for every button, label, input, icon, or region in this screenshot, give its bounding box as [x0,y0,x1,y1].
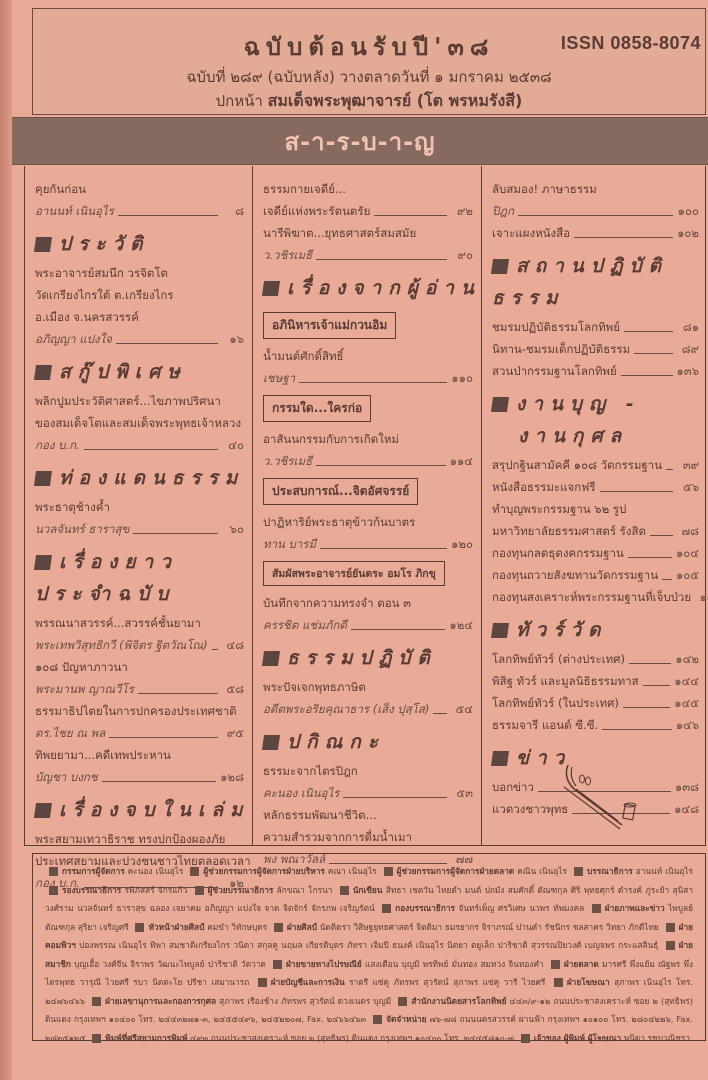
cover-label: ปกหน้า [216,92,263,110]
toc-entry-title: อ.เมือง จ.นครสวรรค์ [35,306,244,328]
toc-entry-title[interactable]: พลิกปูมประวัติศาสตร์...ไขภาพปริศนา [35,390,244,412]
toc-entry[interactable]: พิสิฐ ทัวร์ และมูลนิธิธรรมทาส ๑๔๔ [492,670,699,692]
toc-entry-title: วัดเกรียงไกรใต้ ต.เกรียงไกร [35,284,244,306]
toc-entry-title[interactable]: น้ำมนต์ศักดิ์สิทธิ์ [263,345,473,367]
toc-entry[interactable]: หนังสือธรรมะแจกฟรี ๕๖ [492,476,699,498]
cover-subject: สมเด็จพระพุฒาจารย์ (โต พรหมรังสี) [268,91,523,110]
page-number: ๘ [222,200,244,222]
toc-entry-title[interactable]: ธรรมะจากไตรปิฎก [263,760,473,782]
square-bullet-icon [195,886,204,895]
square-bullet-icon [491,259,509,274]
toc-entry-title[interactable]: ธรรมาธิปไตยในการปกครองประเทศชาติ [35,700,244,722]
section-heading-feature-line2: ประจำฉบับ [35,580,244,608]
square-bullet-icon [384,867,393,876]
toc-entry-title: ของสมเด็จโตและสมเด็จพระพุทธเจ้าหลวง [35,412,244,434]
section-heading-dhamma-travel: ท่องแดนธรรม [35,464,244,492]
square-bullet-icon [382,904,391,913]
credit-names: พนิดา รชบวณิชรา [621,1033,690,1043]
square-bullet-icon [262,281,280,296]
square-bullet-icon [491,397,509,412]
square-bullet-icon [49,867,58,876]
square-bullet-icon [49,886,58,895]
credit-names: ลักขณา โกรนา [273,885,335,895]
leader-line [118,215,218,216]
square-bullet-icon [92,997,101,1006]
toc-entry-author-line: กอง บ.ก. ๔๐ [35,434,244,456]
toc-column-1: คุยกันก่อน อานนท์ เนินอุไร ๘ ประวัติ พระ… [25,166,253,845]
toc-heading: ส-า-ร-บ-า-ญ [285,122,436,161]
credit-names: ราตรี แซ่คู ภัทรพร สุวรัตน์ สุภาพร แซ่คู… [345,977,550,987]
section-heading-special-scoop: สกู๊ปพิเศษ [35,358,244,386]
toc-entry-title[interactable]: คุยกันก่อน [35,178,244,200]
section-heading-complete-story: เรื่องจบในเล่ม [35,796,244,824]
square-bullet-icon [340,886,349,895]
section-heading-biography: ประวัติ [35,230,244,258]
square-bullet-icon [34,803,52,818]
toc-entry-title[interactable]: ทำบุญพระกรรมฐาน ๖๒ รูป [492,498,699,520]
square-bullet-icon [574,867,583,876]
credit-role: ฝ่ายเลขานุการและกองการกุศล [105,996,216,1006]
square-bullet-icon [273,960,282,969]
toc-entry[interactable]: ธรรมจารี แอนด์ ซี.ซี. ๑๔๖ [492,714,699,736]
credit-names: คะนอง เนินอุไร [125,866,187,876]
table-of-contents-banner: ส-า-ร-บ-า-ญ [12,117,708,165]
credit-role: กรรมการผู้จัดการ [62,866,125,876]
toc-entry[interactable]: กองทุนถวายสังฆทานวัดกรรมฐาน ๑๐๕ [492,564,699,586]
toc-entry[interactable]: กองทุนสงเคราะห์พระกรรมฐานที่เจ็บป่วย ๑๐๖ [492,586,699,608]
table-of-contents: คุยกันก่อน อานนท์ เนินอุไร ๘ ประวัติ พระ… [24,166,706,846]
section-heading-feature: เรื่องยาว [35,548,244,576]
toc-entry[interactable]: เจาะแผงหนังสือ ๑๐๒ [492,222,699,244]
credit-names: คณิน เนินอุไร [514,866,570,876]
square-bullet-icon [262,735,280,750]
issue-header: ฉบับต้อนรับปี'๓๘ ISSN 0858-8074 ฉบับที่ … [32,8,706,115]
credit-role: กองบรรณาธิการ [395,903,455,913]
issn-number: ISSN 0858-8074 [561,33,701,54]
square-bullet-icon [491,751,509,766]
square-bullet-icon [190,867,199,876]
toc-entry[interactable]: โลกทิพย์ทัวร์ (ต่างประเทศ) ๑๔๒ [492,648,699,670]
credit-role: รองบรรณาธิการ [62,885,121,895]
toc-entry[interactable]: กองทุนกลดธุดงคกรรมฐาน ๑๐๔ [492,542,699,564]
square-bullet-icon [666,941,675,950]
square-bullet-icon [34,365,52,380]
square-bullet-icon [262,651,280,666]
section-heading-merit-events: งานบุญ - [492,390,699,418]
square-bullet-icon [491,623,509,638]
credit-names: นัตติดรา วิสิษฐยุทธศาสตร์ จิตติมา ธมรยาก… [317,922,662,932]
credit-names: อานนท์ เนินอุไร [633,866,693,876]
credit-role: ฝ่ายภาพและข่าว [605,903,665,913]
toc-entry-title[interactable]: พระธาตุช้างค้ำ [35,496,244,518]
credit-names: แสงเดือน บุญมี พรทิพย์ มั่นทอง สมหวง จิน… [362,959,547,969]
toc-entry[interactable]: สวนป่ากรรมฐานโลกทิพย์ ๑๓๖ [492,360,699,382]
square-bullet-icon [92,1034,101,1043]
credit-role: นักเขียน [353,885,383,895]
square-bullet-icon [554,978,563,987]
credit-role: ผู้ช่วยกรรมการผู้จัดการฝ่ายตลาด [397,866,515,876]
credit-names: คณา เนินอุไร [325,866,380,876]
credit-role: ฝ่ายตลาด [564,959,599,969]
toc-entry-title[interactable]: ปาฏิหาริย์พระธาตุข้าวก้นบาตร [263,511,473,533]
credit-role: ฝ่ายบัญชีและการเงิน [271,977,345,987]
subsection-box: อภินิหารเจ้าแม่กวนอิม [263,312,396,339]
credit-role: หัวหน้าฝ่ายศิลป์ [148,922,204,932]
credit-names: สุภาพร เรืองช้าง ภัทรพร สุวรัตน์ ดวงเนตร… [216,996,394,1006]
square-bullet-icon [34,555,52,570]
toc-entry-author-line: นวลจันทร์ ธาราสุข ๖๐ [35,518,244,540]
toc-entry-title: ความสำรวมจากการดื่มน้ำเมา [263,826,473,848]
toc-entry-title[interactable]: ลับสมอง! ภาษาธรรม [492,178,699,200]
square-bullet-icon [551,960,560,969]
toc-column-2: ธรรมกายเจดีย์... เจดีย์แห่งพระรัตนตรัย ๙… [253,166,482,845]
square-bullet-icon [373,1015,382,1024]
subsection-box: กรรมใด...ใครก่อ [263,395,371,422]
toc-entry[interactable]: สรุปกฐินสามัคคี ๑๐๘ วัดกรรมฐาน ๓๙ [492,454,699,476]
credit-role: เจ้าของ ผู้พิมพ์ ผู้โฆษณา [534,1033,621,1043]
section-heading-practice-places: สถานปฏิบัติ [492,252,699,280]
cover-credit: ปกหน้า สมเด็จพระพุฒาจารย์ (โต พรหมรังสี) [33,89,705,114]
issue-date-line: ฉบับที่ ๒๘๙ (ฉบับหลัง) วางตลาดวันที่ ๑ ม… [33,65,705,89]
toc-entry[interactable]: นิทาน-ชมรมเด็กปฏิบัติธรรม ๘๙ [492,338,699,360]
square-bullet-icon [398,997,407,1006]
credit-names: คมขำ วิทักษบุตร [204,922,270,932]
toc-entry-title[interactable]: บันทึกจากความทรงจำ ตอน ๓ [263,592,473,614]
toc-entry-title[interactable]: นารีพิฆาต...ยุทธศาสตร์สมสมัย [263,222,473,244]
square-bullet-icon [592,904,601,913]
credit-names: จันทร์เพ็ญ ศรวิเศษ นวพร ทัพมงคล [455,903,588,913]
toc-entry-title[interactable]: ธรรมกายเจดีย์... [263,178,473,200]
credit-role: พิมพ์ที่ศรีสยามการพิมพ์ [105,1033,187,1043]
credit-role: ฝ่ายโฆษณา [567,977,610,987]
square-bullet-icon [274,923,283,932]
toc-column-3: ลับสมอง! ภาษาธรรม ปิฎก ๑๐๐ เจาะแผงหนังสื… [482,166,707,845]
toc-entry-title[interactable]: หลักธรรมพัฒนาชีวิต... [263,804,473,826]
square-bullet-icon [521,1034,530,1043]
toc-entry-title[interactable]: พรรณนาสวรรค์...สวรรค์ชั้นยามา [35,612,244,634]
credit-role: สำนักงานนิตยสารโลกทิพย์ [411,996,506,1006]
credit-names: รพีภัสสร์ จักรแก้ว [121,885,190,895]
subsection-box: สัมผัสพระอาจารย์ยันตระ อมโร ภิกขุ [263,561,445,586]
toc-entry-title[interactable]: พระสยามเทวาธิราช ทรงปกป้องผองภัย [35,828,244,850]
toc-entry-author-line: อานนท์ เนินอุไร ๘ [35,200,244,222]
subsection-box: ประสบการณ์...จิตอัศจรรย์ [263,478,418,505]
credit-role: ผู้ช่วยกรรมการผู้จัดการฝ่ายบริหาร [203,866,325,876]
credit-names: ปองพรรณ เนินอุไร ทิพา สมชาติเกรียงไกร วน… [76,940,662,950]
credit-names: ๔๙๓ ถนนประชาสงเคราะห์ ซอย ๒ (สุทธิพร) ดิ… [187,1033,516,1043]
author-name: อานนท์ เนินอุไร [35,200,114,222]
credit-role: ฝ่ายศิลป์ [287,922,317,932]
toc-entry-author-line: อภิญญา แปงใจ ๑๖ [35,328,244,350]
toc-entry-title[interactable]: อาสันนกรรมกับการเกิดใหม่ [263,428,473,450]
credit-role: ผู้ช่วยบรรณาธิการ [208,885,274,895]
toc-entry[interactable]: โลกทิพย์ทัวร์ (ในประเทศ) ๑๔๕ [492,692,699,714]
toc-entry[interactable]: ชมรมปฏิบัติธรรมโลกทิพย์ ๘๑ [492,316,699,338]
square-bullet-icon [666,923,675,932]
page-binding-edge [0,0,12,1080]
toc-entry-title[interactable]: ๑๐๘ ปัญหาภาวนา [35,656,244,678]
staff-credits: กรรมการผู้จัดการ คะนอง เนินอุไร ผู้ช่วยก… [32,853,706,1041]
square-bullet-icon [258,978,267,987]
toc-entry-title[interactable]: ทิพยยามา...คดีเทพประหาน [35,744,244,766]
section-heading-practice: ธรรมปฏิบัติ [263,644,473,672]
toc-entry-title[interactable]: พระปัจเจกพุทธภาษิต [263,676,473,698]
section-heading-readers: เรื่องจากผู้อ่าน [263,274,473,302]
square-bullet-icon [34,471,52,486]
credit-role: จัดจำหน่าย [386,1014,426,1024]
sickle-illustration-icon [562,761,642,831]
section-heading-temple-tours: ทัวร์วัด [492,616,699,644]
credit-names: บุญเอื้อ วงศ์จีน จิราพร วัฒนะไพบูลย์ ปาร… [71,959,269,969]
credit-role: บรรณาธิการ [587,866,633,876]
square-bullet-icon [135,923,144,932]
section-heading-misc: ปกิณกะ [263,728,473,756]
square-bullet-icon [34,237,52,252]
toc-entry-title[interactable]: พระอาจารย์สมนึก วรจิตโต [35,262,244,284]
credit-role: ฝ่ายขายทางไปรษณีย์ [286,959,362,969]
